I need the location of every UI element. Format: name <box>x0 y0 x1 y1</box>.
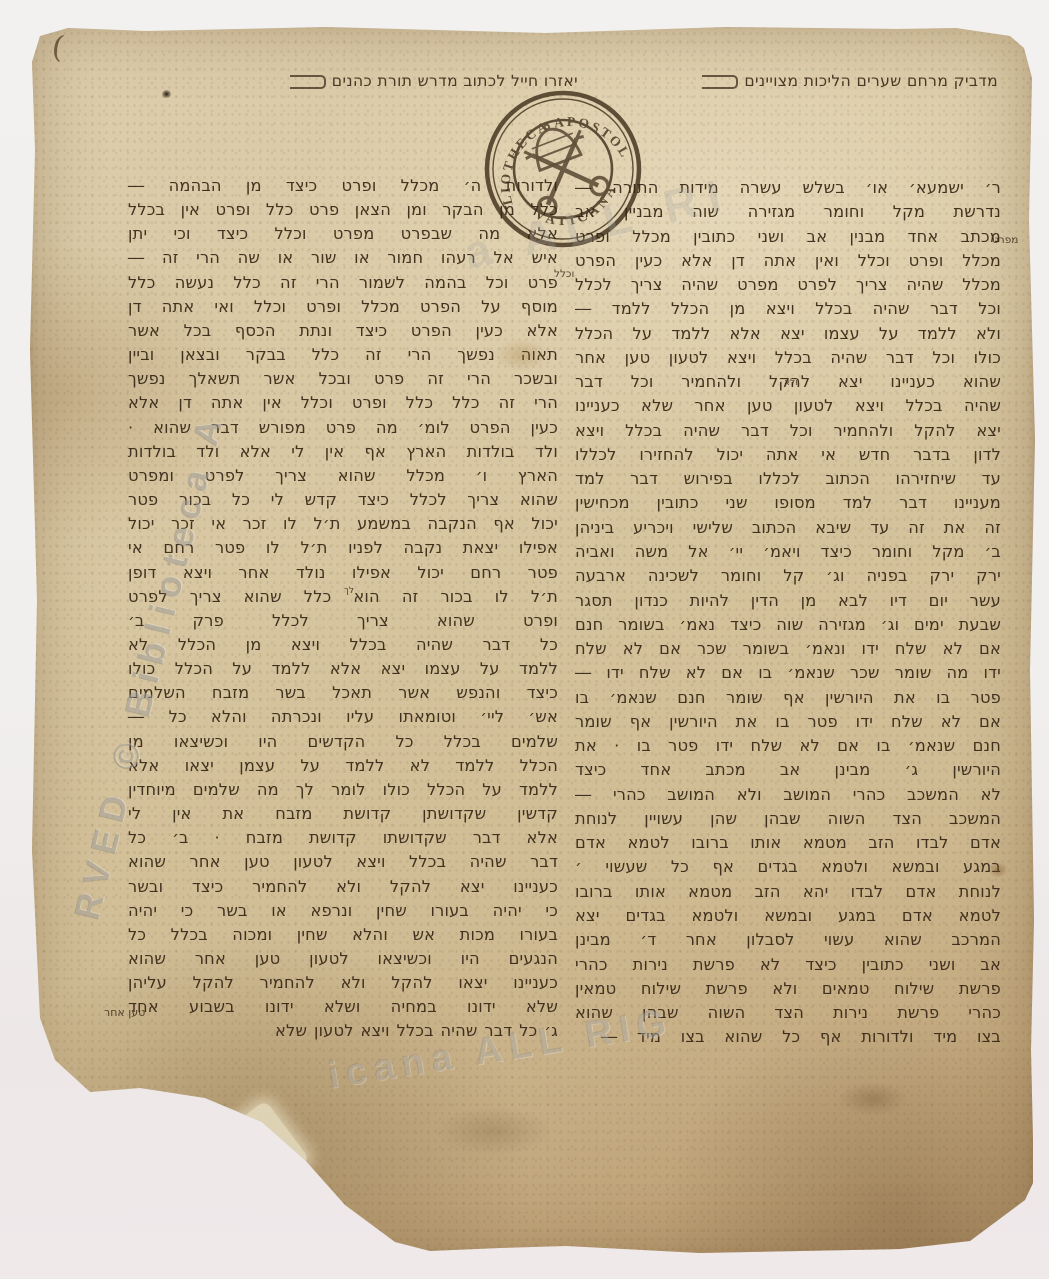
text-line: דבר שהיה בכלל ויצא לטעון טען אחר שהוא <box>128 854 558 870</box>
text-line: לא המשכב כהרי המושב ולא המושב כהרי ― <box>575 787 1001 803</box>
text-line: כולו וכל דבר שהיה בכלל ויצא לטעון טען אח… <box>575 350 1001 366</box>
interlinear-note: ולא <box>784 378 798 388</box>
text-line: המשכב הצד השוה שבהן שהן עשויין לנוחת <box>575 811 1001 827</box>
text-line: אם לא שלח ידו ונאמ׳ בשומר שכר אם לא שלח <box>575 641 1001 657</box>
ink-spot <box>162 90 171 98</box>
margin-note-inner: וכלל <box>554 268 574 280</box>
text-line: ללמד על הכלל כולו לומר לך מה שלמים מיוחד… <box>128 782 558 798</box>
text-line: מכלל שהיה צריך לפרט מפרט שהיה צריך לכלל <box>575 277 1001 293</box>
manuscript-page: ( מדביק מרחם שערים הליכות מצויינים יאזרו… <box>26 20 1038 1261</box>
text-column-left: ולדורות ה׳ מכלל ופרט כיצד מן הבהמה ―כלל … <box>128 178 558 1040</box>
text-line: הכלל ללמד לא ללמד על עצמן יצאו אלא <box>128 758 558 774</box>
text-line: ב׳ מקל וחומר כיצד ויאמ׳ יי׳ אל משה ואביה <box>575 544 1001 560</box>
text-line: ופרט שהוא צריך לכלל פרק ב׳ <box>128 613 558 629</box>
parchment-stain <box>494 338 550 372</box>
text-line: לנוחת אדם לבדו יהא הזב מטמא אותו ברובו <box>575 884 1001 900</box>
parchment-stain <box>434 1106 554 1156</box>
margin-note-outer: מפרט <box>992 234 1018 246</box>
text-line: פרט וכל בהמה לשמור הרי זה כלל נעשה כלל <box>128 275 558 291</box>
text-line: עשר יום דיו לבא מן הדין להיות כנדון תסגר <box>575 593 1001 609</box>
text-line: וכל דבר שהיה בכלל ויצא מן הכלל ללמד ― <box>575 301 1001 317</box>
text-line: לדון בדבר חדש אי אתה יכול להחזירו לכללו <box>575 447 1001 463</box>
text-line: ירק ירק בפניה וג׳ קל וחומר לשכינה ארבעה <box>575 568 1001 584</box>
text-line: כעניינו יצא להקל ולא להחמיר כיצד ובשר <box>128 879 558 895</box>
text-line: המרכב שהוא עשוי לסבלון אחר ד׳ מבינן <box>575 932 1001 948</box>
text-line: מעניינו דבר למד מסופו שני כתובין מכחישין <box>575 495 1001 511</box>
text-line: כי יהיה בעורו שחין ונרפא או בשר כי יהיה <box>128 903 558 919</box>
text-line: שלא ידונו במחיה ושלא ידונו בשבוע אחד <box>128 999 558 1015</box>
text-column-right: ר׳ ישמעא׳ או׳ בשלש עשרה מידות התורה ―נדר… <box>575 180 1001 1046</box>
text-line: פרשת שילוח טמאים ולא פרשת שילוח טמאין <box>575 981 1001 997</box>
interlinear-note: לך <box>344 586 354 596</box>
text-line: כל דבר שהיה בכלל ויצא מן הכלל לא <box>128 637 558 653</box>
text-line: יצא להקל ולהחמיר וכל דבר שהיה בכלל ויצא <box>575 423 1001 439</box>
text-line: הנגעים היו וכשיצאו לטעון טען אחר שהוא <box>128 951 558 967</box>
corner-pen-mark: ( <box>49 29 66 65</box>
text-line: שהיה בכלל ויצא לטעון טען אחר שלא כעניינו <box>575 398 1001 414</box>
header-note-right: מדביק מרחם שערים הליכות מצויינים <box>696 72 998 98</box>
parchment-stain <box>988 862 1008 878</box>
line-filler-bracket <box>702 75 738 89</box>
text-line: ולא ללמד על עצמו יצא אלא ללמד על הכלל <box>575 326 1001 342</box>
header-note-right-text: מדביק מרחם שערים הליכות מצויינים <box>744 72 998 90</box>
text-line: כעניינו יצאו להקל ולא להחמיר להקל עליהן <box>128 975 558 991</box>
text-line: מכלל ופרט וכלל ואין אתה דן אלא כעין הפרט <box>575 253 1001 269</box>
repair-patch <box>182 1100 310 1222</box>
text-line: מוסף על הפרט מכלל ופרט וכלל ואי אתה דן <box>128 299 558 315</box>
text-line: היורשין ג׳ מבינן אב מכתב אחד כיצד <box>575 762 1001 778</box>
text-line: בעורו מכות אש והלא שחין ומכוה בכלל כל <box>128 927 558 943</box>
scan-background: ( מדביק מרחם שערים הליכות מצויינים יאזרו… <box>0 0 1049 1279</box>
text-line: שלמים בכלל כל הקדשים היו וכשיצאו מן <box>128 734 558 750</box>
text-line: ללמד על עצמו יצא אלא ללמד על הכלל כולו <box>128 661 558 677</box>
text-line: שבעת ימים וג׳ מגזירה שוה כיצד נאמ׳ בשומר… <box>575 617 1001 633</box>
text-line: אלא דבר שקדושתו קדושת מזבח · ב׳ כל <box>128 830 558 846</box>
text-line: במגע ובמשא ולטמא בגדים אף כל שעשוי ׳ <box>575 859 1001 875</box>
text-line: ת׳ל לו בכור זה הוא כלל שהוא צריך לפרט <box>128 589 558 605</box>
text-line: כיצד והנפש אשר תאכל בשר מזבח השלמים <box>128 685 558 701</box>
text-line: חנם שנאמ׳ בו אם לא שלח ידו פטר בו · את <box>575 738 1001 754</box>
text-line: ובשכר הרי זה פרט ובכל אשר תשאלך נפשך <box>128 371 558 387</box>
catchword: טען אחר <box>104 1006 145 1019</box>
text-line: לטמא אדם במגע ובמשא ולטמא בגדים יצא <box>575 908 1001 924</box>
text-line: אדם לבדו הזב מטמא אותו ברובו לטמא אדם <box>575 835 1001 851</box>
text-line: אב ושני כתובין כיצד לא פרשת נירות כהרי <box>575 957 1001 973</box>
text-line: ידו מה שומר שכר שנאמ׳ בו אם לא שלח ידו ― <box>575 665 1001 681</box>
text-line: עד שיחזירהו הכתוב לכללו בפירוש דבר למד <box>575 471 1001 487</box>
parchment-stain <box>838 1082 908 1116</box>
text-line: אלא כעין הפרט כיצד ונתת הכסף בכל אשר <box>128 323 558 339</box>
text-line: פטר בו את היורשין אף שומר חנם שנאמ׳ בו <box>575 690 1001 706</box>
text-line: זה את זה עד שיבא הכתוב שלישי ויכריע ביני… <box>575 520 1001 536</box>
text-line: ולדורות ה׳ מכלל ופרט כיצד מן הבהמה ― <box>128 178 558 194</box>
text-line: אם לא שלח ידו פטר בו את היורשין אף שומר <box>575 714 1001 730</box>
text-line: אש׳ ליי׳ וטומאתו עליו ונכרתה והלא כל ― <box>128 709 558 725</box>
line-filler-bracket <box>290 75 326 89</box>
text-line: כלל מן הבקר ומן הצאן פרט כלל ופרט אין בכ… <box>128 202 558 218</box>
text-line: קדשין שקדושתן קדושת מזבח את אין לי <box>128 806 558 822</box>
